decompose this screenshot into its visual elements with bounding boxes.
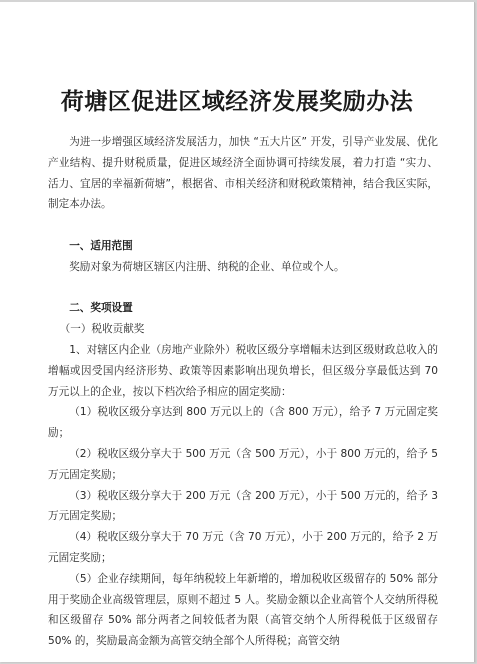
award-item-1: （1）税收区级分享达到 800 万元以上的（含 800 万元），给予 7 万元固… [48, 402, 438, 444]
document-title: 荷塘区促进区域经济发展奖励办法 [0, 83, 474, 116]
award-item-4: （4）税收区级分享大于 70 万元（含 70 万元），小于 200 万元的，给予… [48, 527, 438, 569]
document-body: 为进一步增强区域经济发展活力，加快 “五大片区” 开发，引导产业发展、优化产业结… [48, 132, 438, 652]
subheading-tax-contribution: （一）税收贡献奖 [48, 319, 438, 340]
award-item-3: （3）税收区级分享大于 200 万元（含 200 万元），小于 500 万元的，… [48, 486, 438, 528]
section-heading-awards: 二、奖项设置 [48, 298, 438, 319]
spacer [48, 278, 438, 299]
spacer [48, 215, 438, 236]
document-page: 荷塘区促进区域经济发展奖励办法 为进一步增强区域经济发展活力，加快 “五大片区”… [0, 2, 475, 662]
award-item-2: （2）税收区级分享大于 500 万元（含 500 万元），小于 800 万元的，… [48, 444, 438, 486]
section-heading-scope: 一、适用范围 [48, 236, 438, 257]
award-paragraph-1: 1、对辖区内企业（房地产业除外）税收区级分享增幅未达到区级财政总收入的增幅或因受… [48, 340, 438, 402]
intro-paragraph: 为进一步增强区域经济发展活力，加快 “五大片区” 开发，引导产业发展、优化产业结… [48, 132, 438, 215]
scope-paragraph: 奖励对象为荷塘区辖区内注册、纳税的企业、单位或个人。 [48, 257, 438, 278]
award-item-5: （5）企业存续期间，每年纳税较上年新增的，增加税收区级留存的 50% 部分用于奖… [48, 569, 438, 652]
